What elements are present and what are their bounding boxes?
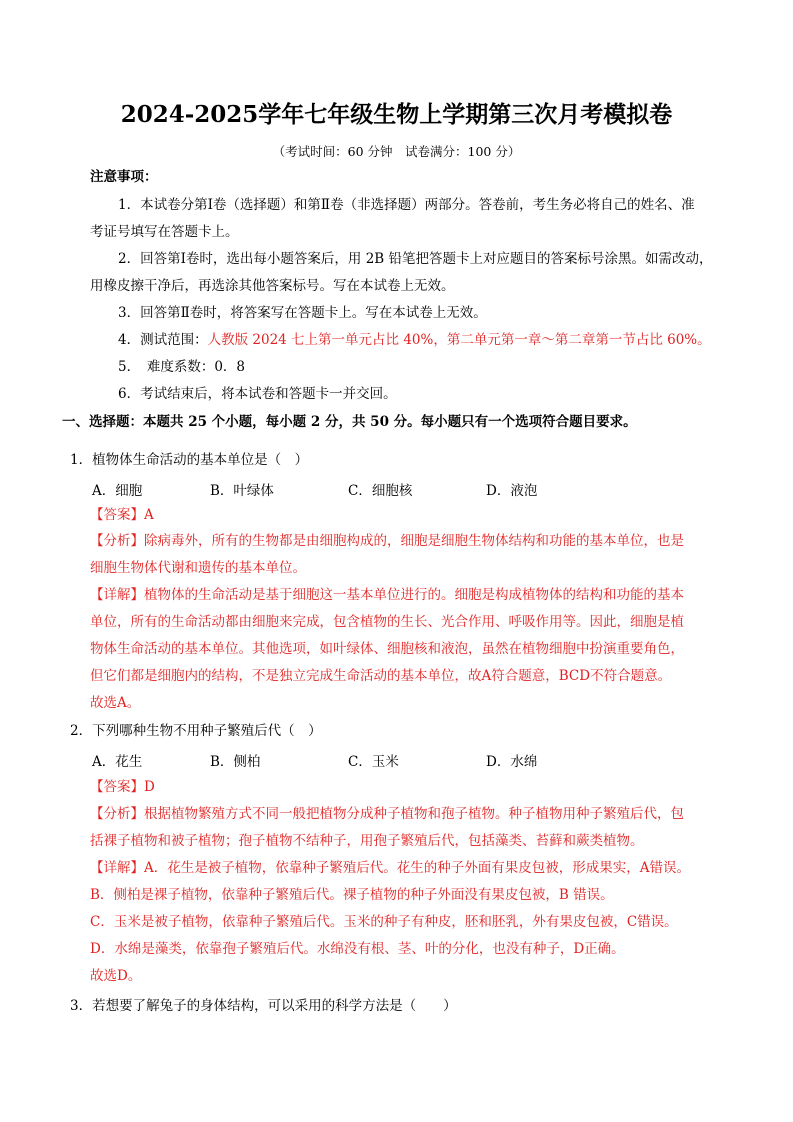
question-2-analysis: 【分析】根据植物繁殖方式不同一般把植物分成种子植物和孢子植物。种子植物用种子繁殖…	[90, 805, 684, 823]
notice-item-1-cont: 考证号填写在答题卡上。	[90, 223, 239, 241]
question-1-option-d: D．液泡	[486, 479, 537, 499]
notice-item-5: 5． 难度系数：0．8	[118, 358, 245, 376]
exam-page: 2024-2025学年七年级生物上学期第三次月考模拟卷 （考试时间：60 分钟 …	[0, 0, 793, 1122]
notice-item-3: 3．回答第Ⅱ卷时，将答案写在答题卡上。写在本试卷上无效。	[118, 304, 487, 322]
question-2-detail-b: B．侧柏是裸子植物，依靠种子繁殖后代。裸子植物的种子外面没有果皮包被，B 错误。	[90, 886, 614, 904]
question-1-option-c: C．细胞核	[348, 479, 412, 499]
question-1-analysis: 【分析】除病毒外，所有的生物都是由细胞构成的，细胞是细胞生物体结构和功能的基本单…	[90, 532, 684, 550]
section-heading: 一、选择题：本题共 25 个小题，每小题 2 分，共 50 分。每小题只有一个选…	[62, 413, 637, 431]
question-2-option-b: B．侧柏	[210, 750, 260, 770]
notice-item-4-label: 4．测试范围：	[118, 332, 208, 348]
question-1-option-a: A．细胞	[92, 479, 142, 499]
notice-item-4: 4．测试范围：人教版 2024 七上第一单元占比 40%，第二单元第一章～第二章…	[118, 331, 711, 349]
question-1-detail-4: 但它们都是细胞内的结构，不是独立完成生命活动的基本单位，故A符合题意，BCD不符…	[90, 667, 671, 685]
question-2-detail-c: C．玉米是被子植物，依靠种子繁殖后代。玉米的种子有种皮，胚和胚乳，外有果皮包被，…	[90, 913, 678, 931]
notice-item-2: 2．回答第Ⅰ卷时，选出每小题答案后，用 2B 铅笔把答题卡上对应题目的答案标号涂…	[118, 250, 713, 268]
question-2-option-d: D．水绵	[486, 750, 537, 770]
question-2-option-a: A．花生	[92, 750, 142, 770]
exam-info: （考试时间：60 分钟 试卷满分：100 分）	[0, 142, 793, 160]
question-2-detail-d: D．水绵是藻类，依靠孢子繁殖后代。水绵没有根、茎、叶的分化，也没有种子，D正确。	[90, 940, 625, 958]
notice-item-6: 6．考试结束后，将本试卷和答题卡一并交回。	[118, 385, 397, 403]
question-3-stem: 3．若想要了解兔子的身体结构，可以采用的科学方法是（ ）	[70, 997, 457, 1015]
question-2-option-c: C．玉米	[348, 750, 399, 770]
test-scope: 人教版 2024 七上第一单元占比 40%，第二单元第一章～第二章第一节占比 6…	[208, 332, 711, 348]
question-2-conclusion: 故选D。	[90, 967, 141, 985]
question-1-detail-3: 物体生命活动的基本单位。其他选项，如叶绿体、细胞核和液泡，虽然在植物细胞中扮演重…	[90, 640, 684, 658]
question-1-detail-2: 单位，所有的生命活动都由细胞来完成，包含植物的生长、光合作用、呼吸作用等。因此，…	[90, 613, 684, 631]
question-1-conclusion: 故选A。	[90, 694, 140, 712]
notice-heading: 注意事项：	[90, 168, 158, 186]
question-1-analysis-cont: 细胞生物体代谢和遗传的基本单位。	[90, 559, 306, 577]
question-2-detail: 【详解】A．花生是被子植物，依靠种子繁殖后代。花生的种子外面有果皮包被，形成果实…	[90, 859, 690, 877]
notice-item-2-cont: 用橡皮擦干净后，再选涂其他答案标号。写在本试卷上无效。	[90, 277, 455, 295]
question-2-stem: 2．下列哪种生物不用种子繁殖后代（ ）	[70, 722, 322, 740]
question-1-option-b: B．叶绿体	[210, 479, 274, 499]
notice-item-1: 1．本试卷分第Ⅰ卷（选择题）和第Ⅱ卷（非选择题）两部分。答卷前，考生务必将自己的…	[118, 196, 695, 214]
question-1-detail: 【详解】植物体的生命活动是基于细胞这一基本单位进行的。细胞是构成植物体的结构和功…	[90, 586, 684, 604]
question-2-analysis-cont: 括裸子植物和被子植物；孢子植物不结种子，用孢子繁殖后代，包括藻类、苔藓和蕨类植物…	[90, 832, 644, 850]
question-2-answer: 【答案】D	[90, 778, 155, 796]
question-1-answer: 【答案】A	[90, 506, 154, 524]
question-1-stem: 1．植物体生命活动的基本单位是（ ）	[70, 451, 308, 469]
page-title: 2024-2025学年七年级生物上学期第三次月考模拟卷	[0, 96, 793, 129]
